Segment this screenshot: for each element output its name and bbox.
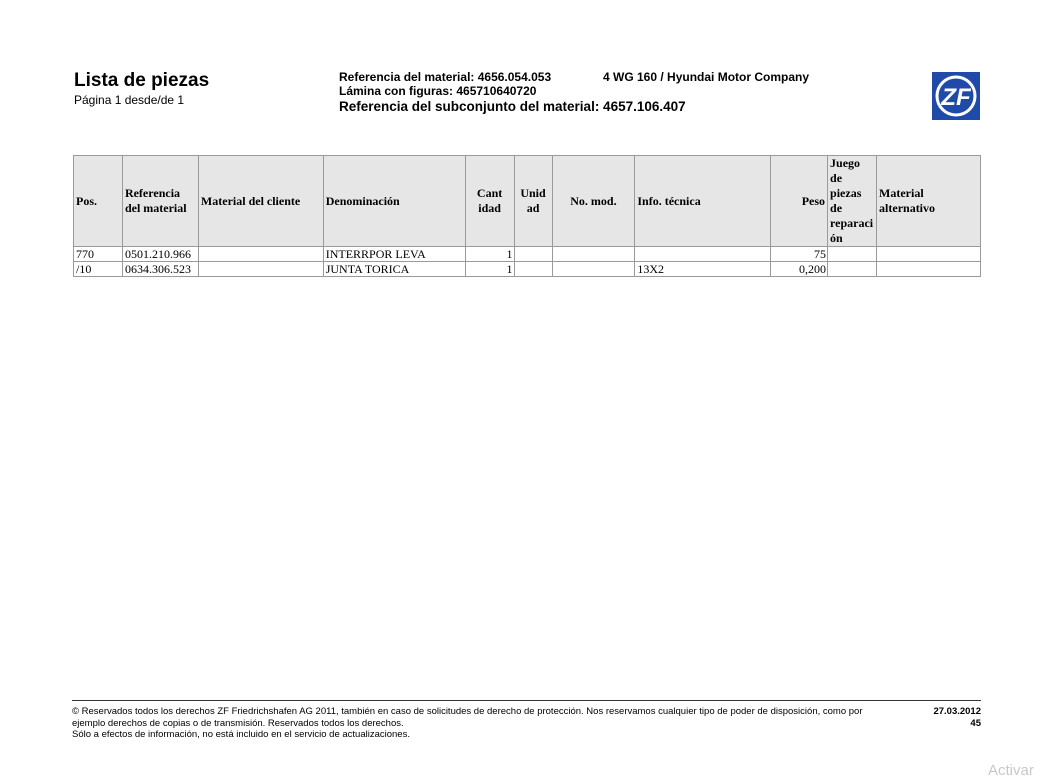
cell-material-ref: 0634.306.523 bbox=[122, 262, 198, 277]
footer-divider bbox=[72, 700, 981, 701]
footer-meta: 27.03.2012 45 bbox=[933, 706, 981, 729]
footer-date: 27.03.2012 bbox=[933, 706, 981, 718]
cell-mod-no bbox=[552, 247, 635, 262]
table-row: /10 0634.306.523 JUNTA TORICA 1 13X2 0,2… bbox=[74, 262, 981, 277]
cell-weight: 0,200 bbox=[771, 262, 828, 277]
cell-alt-material bbox=[877, 262, 981, 277]
cell-tech-info bbox=[635, 247, 771, 262]
col-repair-kit: Juego de piezas de reparaci ón bbox=[828, 156, 877, 247]
col-material-ref: Referencia del material bbox=[122, 156, 198, 247]
cell-mod-no bbox=[552, 262, 635, 277]
cell-tech-info: 13X2 bbox=[635, 262, 771, 277]
col-weight: Peso bbox=[771, 156, 828, 247]
cell-unit bbox=[514, 247, 552, 262]
cell-quantity: 1 bbox=[465, 262, 514, 277]
cell-pos: 770 bbox=[74, 247, 123, 262]
col-customer-material: Material del cliente bbox=[198, 156, 323, 247]
cell-repair-kit bbox=[828, 247, 877, 262]
cell-customer-material bbox=[198, 247, 323, 262]
model-label: 4 WG 160 / Hyundai Motor Company bbox=[603, 70, 809, 84]
col-alt-material: Material alternativo bbox=[877, 156, 981, 247]
svg-text:ZF: ZF bbox=[940, 84, 972, 111]
footer-line-1: © Reservados todos los derechos ZF Fried… bbox=[72, 706, 912, 718]
cell-denomination: JUNTA TORICA bbox=[323, 262, 465, 277]
col-tech-info: Info. técnica bbox=[635, 156, 771, 247]
page-info: Página 1 desde/de 1 bbox=[74, 93, 184, 107]
cell-unit bbox=[514, 262, 552, 277]
cell-customer-material bbox=[198, 262, 323, 277]
table-header-row: Pos. Referencia del material Material de… bbox=[74, 156, 981, 247]
col-quantity: Cant idad bbox=[465, 156, 514, 247]
page-title: Lista de piezas bbox=[74, 70, 209, 92]
footer-page-number: 45 bbox=[933, 718, 981, 730]
col-denomination: Denominación bbox=[323, 156, 465, 247]
col-pos: Pos. bbox=[74, 156, 123, 247]
col-mod-no: No. mod. bbox=[552, 156, 635, 247]
cell-material-ref: 0501.210.966 bbox=[122, 247, 198, 262]
footer-copyright: © Reservados todos los derechos ZF Fried… bbox=[72, 706, 912, 741]
col-unit: Unid ad bbox=[514, 156, 552, 247]
table-row: 770 0501.210.966 INTERRPOR LEVA 1 75 bbox=[74, 247, 981, 262]
cell-alt-material bbox=[877, 247, 981, 262]
cell-denomination: INTERRPOR LEVA bbox=[323, 247, 465, 262]
subassembly-reference: Referencia del subconjunto del material:… bbox=[339, 98, 686, 115]
cell-quantity: 1 bbox=[465, 247, 514, 262]
parts-table: Pos. Referencia del material Material de… bbox=[73, 155, 981, 277]
cell-repair-kit bbox=[828, 262, 877, 277]
cell-weight: 75 bbox=[771, 247, 828, 262]
cell-pos: /10 bbox=[74, 262, 123, 277]
activation-watermark: Activar bbox=[988, 762, 1034, 777]
footer-line-3: Sólo a efectos de información, no está i… bbox=[72, 729, 912, 741]
figure-sheet: Lámina con figuras: 465710640720 bbox=[339, 84, 686, 98]
zf-logo-icon: ZF bbox=[932, 72, 980, 120]
footer-line-2: ejemplo derechos de copias o de transmis… bbox=[72, 718, 912, 730]
